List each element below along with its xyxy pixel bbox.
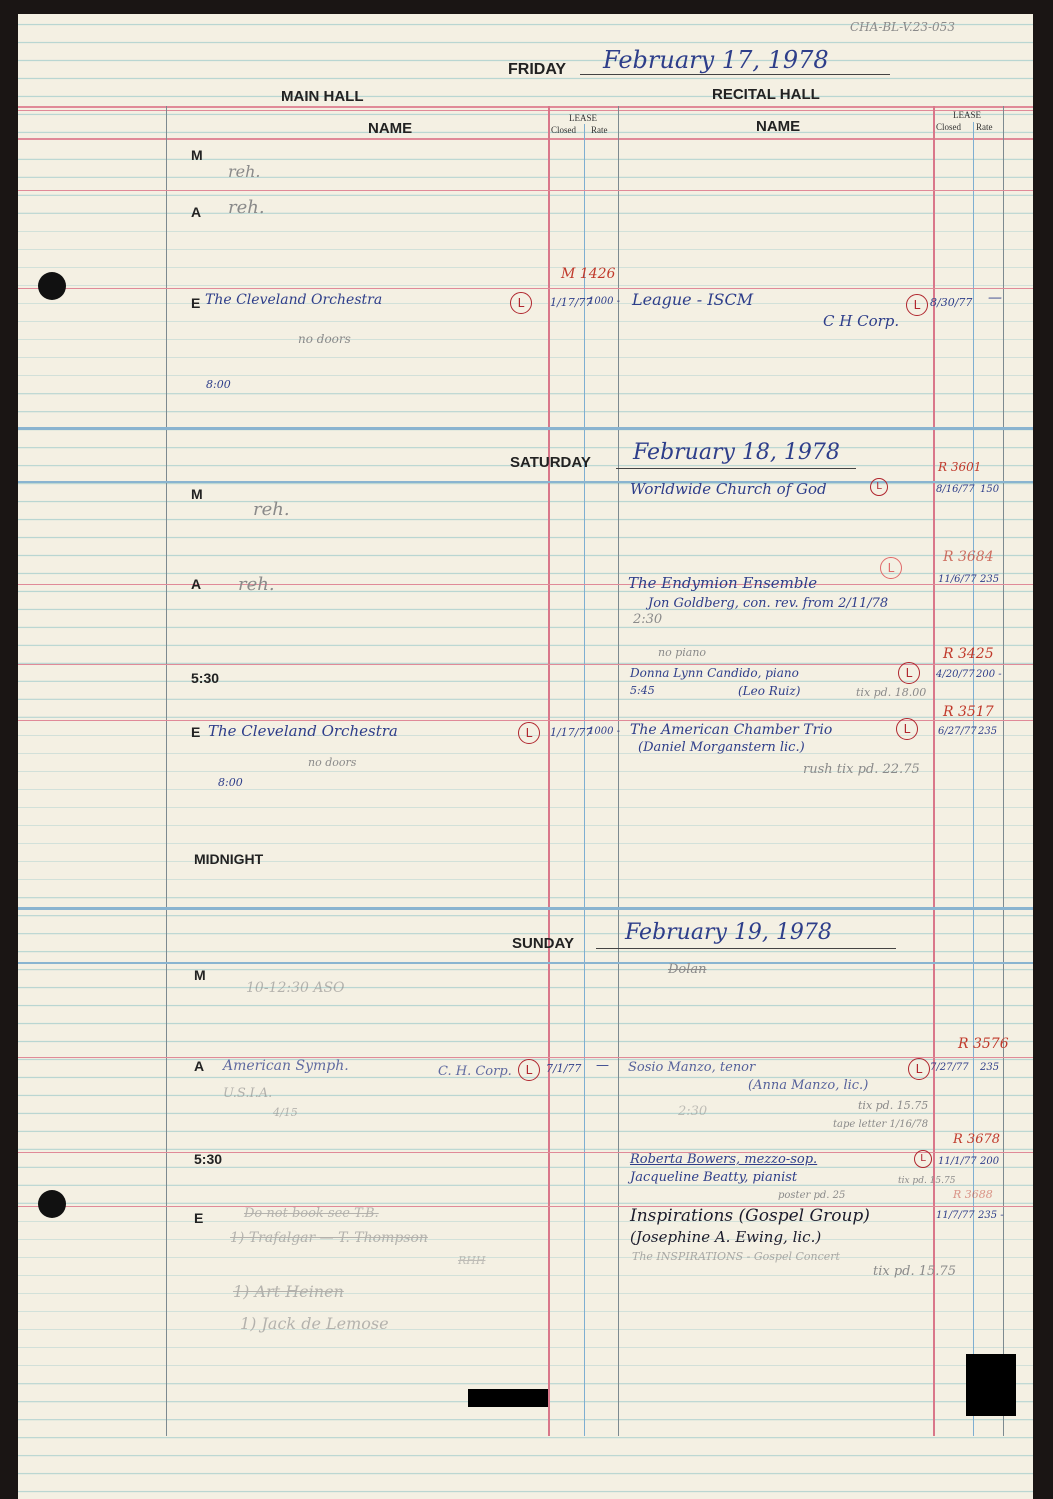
- rate-header-main: Rate: [591, 125, 608, 135]
- closed-date: 7/1/77: [546, 1062, 581, 1075]
- main-hall-label: MAIN HALL: [281, 88, 364, 105]
- rate: 200: [980, 1156, 999, 1167]
- closed-header-main: Closed: [551, 125, 576, 135]
- lease-mark: L: [908, 1058, 930, 1080]
- lease-mark: L: [906, 294, 928, 316]
- lease-number: R 3576: [958, 1036, 1009, 1052]
- rule: [18, 190, 1033, 191]
- lease-mark: L: [870, 478, 888, 496]
- recital-530-time: 5:45: [630, 684, 655, 697]
- closed-date: 8/30/77: [930, 296, 972, 309]
- recital-a-time: 2:30: [678, 1104, 707, 1119]
- recital-e-saturday: The American Chamber Trio: [630, 722, 832, 738]
- rule: [18, 288, 1033, 289]
- recital-a-saturday: The Endymion Ensemble: [628, 574, 817, 592]
- recital-530-sub: (Leo Ruiz): [738, 684, 800, 698]
- recital-e-tix: tix pd. 15.75: [873, 1264, 956, 1279]
- recital-530-saturday: Donna Lynn Candido, piano: [630, 666, 799, 680]
- rate: 235: [980, 574, 999, 585]
- recital-e-sub: (Josephine A. Ewing, lic.): [630, 1228, 821, 1246]
- main-m-sunday: 10-12:30 ASO: [246, 980, 345, 996]
- main-e-line: Do not book see T.B.: [244, 1206, 379, 1221]
- date-friday: February 17, 1978: [603, 46, 829, 74]
- lease-number: M 1426: [561, 266, 615, 282]
- main-e-note: no doors: [308, 756, 356, 769]
- slot-e: E: [191, 295, 200, 311]
- closed-date: 6/27/77: [938, 726, 977, 737]
- lease-mark: L: [898, 662, 920, 684]
- main-e-line: RHH: [458, 1254, 485, 1267]
- rule: [18, 110, 1033, 111]
- redaction-box: [468, 1389, 548, 1407]
- slot-midnight: MIDNIGHT: [194, 851, 263, 867]
- main-a-friday: reh.: [228, 197, 265, 218]
- recital-530-tix: tix pd. 15.75: [898, 1176, 955, 1186]
- lease-mark: L: [518, 722, 540, 744]
- recital-m-sunday: Dolan: [668, 962, 707, 977]
- column-line: [973, 122, 974, 1436]
- rate: 235: [980, 1062, 999, 1073]
- recital-a-time: 2:30: [633, 612, 662, 627]
- main-e-line: 1) Jack de Lemose: [240, 1314, 389, 1333]
- slot-m: M: [191, 486, 203, 502]
- rule: [18, 1152, 1033, 1153]
- rule: [18, 962, 1033, 964]
- lease-number: R 3688: [953, 1188, 993, 1201]
- lease-number: R 3425: [943, 646, 994, 662]
- binder-hole: [38, 272, 66, 300]
- closed-date: 11/6/77: [938, 574, 977, 585]
- recital-a-sunday: Sosio Manzo, tenor: [628, 1060, 755, 1075]
- closed-date: 7/27/77: [930, 1062, 969, 1073]
- rate: —: [596, 1058, 609, 1073]
- lease-header-main: LEASE: [569, 113, 597, 123]
- rule: [18, 584, 1033, 585]
- recital-530-note: no piano: [658, 646, 706, 659]
- recital-e-friday: League - ISCM: [632, 290, 753, 309]
- recital-e-tix: rush tix pd. 22.75: [803, 762, 920, 777]
- main-e-line: 1) Trafalgar — T. Thompson: [230, 1230, 428, 1246]
- lease-header-recital: LEASE: [953, 110, 981, 120]
- rule: [18, 664, 1033, 665]
- recital-e-note: The INSPIRATIONS - Gospel Concert: [632, 1250, 840, 1263]
- column-line: [584, 124, 585, 1436]
- main-a-sub: U.S.I.A.: [223, 1086, 272, 1101]
- closed-date: 4/20/77: [936, 669, 975, 680]
- archive-id: CHA-BL-V.23-053: [850, 20, 955, 34]
- lease-mark: L: [880, 557, 902, 579]
- recital-e-sub: (Daniel Morganstern lic.): [638, 740, 805, 755]
- recital-530-sunday: Roberta Bowers, mezzo-sop.: [630, 1152, 817, 1167]
- lease-mark: L: [914, 1150, 932, 1168]
- rate: 235 -: [978, 1210, 1004, 1221]
- lease-number: R 3684: [943, 549, 994, 565]
- recital-530-tix: tix pd. 18.00: [856, 686, 926, 699]
- recital-530-extra: poster pd. 25: [778, 1190, 845, 1201]
- binder-hole: [38, 1190, 66, 1218]
- main-e-note: no doors: [298, 332, 351, 346]
- name-header-main: NAME: [368, 120, 412, 137]
- recital-hall-label: RECITAL HALL: [712, 86, 820, 103]
- rate: —: [988, 290, 1002, 306]
- recital-m-saturday: Worldwide Church of God: [630, 480, 827, 498]
- name-header-recital: NAME: [756, 118, 800, 135]
- slot-e: E: [191, 724, 200, 740]
- closed-date: 11/1/77: [938, 1156, 977, 1167]
- lease-number: R 3678: [953, 1132, 1000, 1147]
- rule: [18, 138, 1033, 140]
- main-m-saturday: reh.: [253, 499, 290, 520]
- main-e-friday: The Cleveland Orchestra: [205, 292, 382, 308]
- date-underline: [580, 74, 890, 75]
- slot-a: A: [194, 1058, 204, 1074]
- rate: 1000 -: [588, 726, 620, 737]
- recital-530-sub: Jacqueline Beatty, pianist: [630, 1170, 797, 1185]
- main-e-saturday: The Cleveland Orchestra: [208, 722, 398, 740]
- lease-mark: L: [518, 1059, 540, 1081]
- day-label-sunday: SUNDAY: [512, 935, 574, 952]
- lease-mark: L: [510, 292, 532, 314]
- rule: [18, 720, 1033, 721]
- slot-530: 5:30: [194, 1151, 222, 1167]
- day-divider: [18, 427, 1033, 430]
- closed-date: 11/7/77: [936, 1210, 975, 1221]
- recital-e-note: C H Corp.: [823, 312, 899, 330]
- main-a-sunday: American Symph.: [223, 1058, 349, 1074]
- closed-date: 8/16/77: [936, 484, 975, 495]
- day-label-saturday: SATURDAY: [510, 454, 591, 471]
- redaction-box: [966, 1354, 1016, 1416]
- main-a-sub2: 4/15: [273, 1106, 298, 1119]
- rate-header-recital: Rate: [976, 122, 993, 132]
- date-sunday: February 19, 1978: [625, 920, 832, 945]
- closed-date: 1/17/77: [550, 296, 592, 309]
- recital-e-sunday: Inspirations (Gospel Group): [630, 1206, 870, 1226]
- slot-e: E: [194, 1210, 203, 1226]
- slot-530: 5:30: [191, 670, 219, 686]
- rate: 150: [980, 484, 999, 495]
- main-e-time: 8:00: [206, 378, 231, 391]
- slot-m: M: [191, 147, 203, 163]
- main-m-friday: reh.: [228, 162, 261, 181]
- lease-number: R 3517: [943, 704, 994, 720]
- rate: 1000 -: [588, 296, 620, 307]
- date-underline: [616, 468, 856, 469]
- lease-mark: L: [896, 718, 918, 740]
- recital-a-tape: tape letter 1/16/78: [833, 1119, 928, 1130]
- rule: [18, 1206, 1033, 1207]
- rate: 200 -: [976, 669, 1002, 680]
- rule: [18, 1057, 1033, 1058]
- column-line: [166, 106, 167, 1436]
- day-divider: [18, 907, 1033, 910]
- day-label-friday: FRIDAY: [508, 61, 566, 79]
- lease-number: R 3601: [938, 460, 981, 474]
- recital-a-tix: tix pd. 15.75: [858, 1099, 928, 1112]
- slot-a: A: [191, 576, 201, 592]
- slot-a: A: [191, 204, 201, 220]
- main-a-saturday: reh.: [238, 574, 275, 595]
- closed-header-recital: Closed: [936, 122, 961, 132]
- main-a-note: C. H. Corp.: [438, 1064, 512, 1079]
- slot-m: M: [194, 967, 206, 983]
- rule: [18, 106, 1033, 108]
- main-e-line: 1) Art Heinen: [233, 1282, 344, 1301]
- main-e-time: 8:00: [218, 776, 243, 789]
- closed-date: 1/17/77: [550, 726, 592, 739]
- date-underline: [596, 948, 896, 949]
- ledger-page: CHA-BL-V.23-053 FRIDAY February 17, 1978…: [18, 14, 1033, 1499]
- column-line: [1003, 106, 1004, 1436]
- recital-a-sub: Jon Goldberg, con. rev. from 2/11/78: [648, 596, 888, 611]
- rate: 235: [978, 726, 997, 737]
- date-saturday: February 18, 1978: [633, 440, 840, 465]
- recital-a-sub: (Anna Manzo, lic.): [748, 1078, 868, 1093]
